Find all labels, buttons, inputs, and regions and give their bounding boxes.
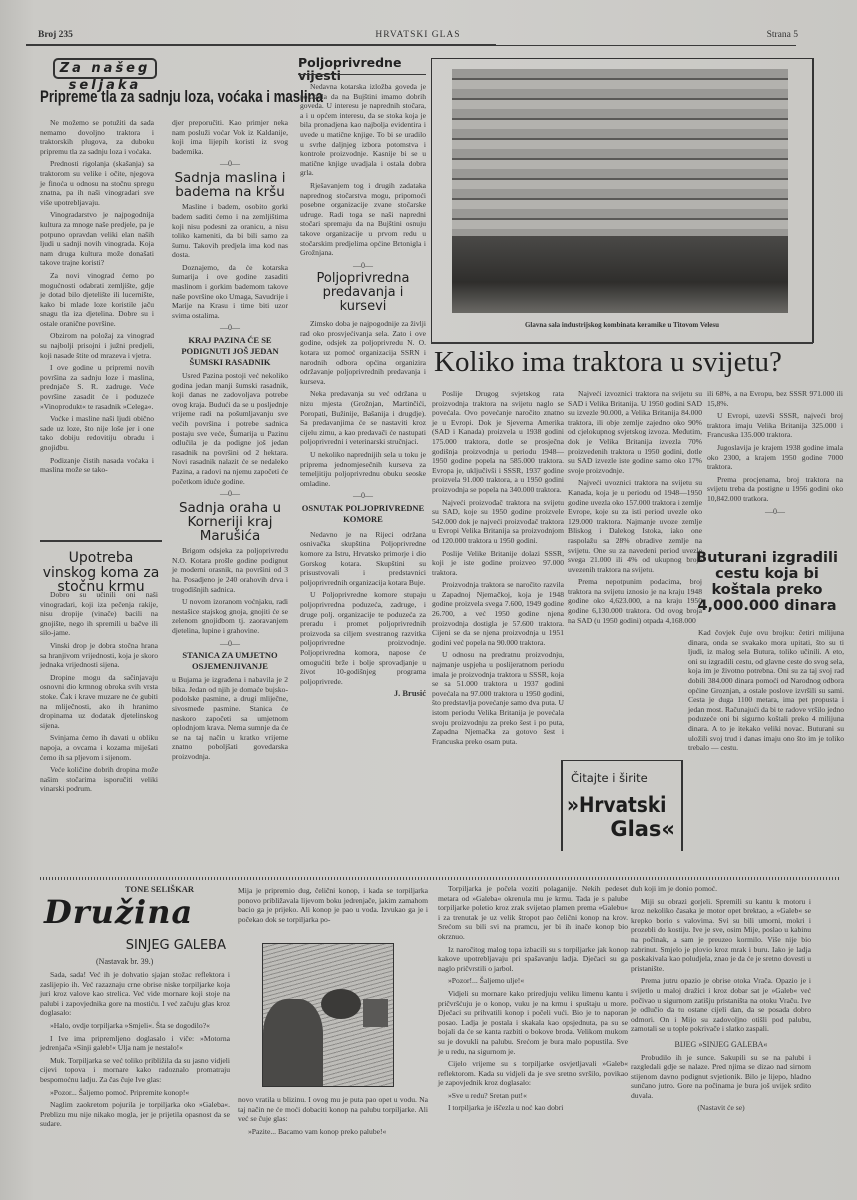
subhead-predavanja: Poljoprivredna predavanja i kursevi (300, 272, 426, 313)
separator: —0— (172, 639, 288, 649)
paragraph: I Ive ima pripremljeno doglasalo i viče:… (40, 1034, 230, 1053)
header-rule-right (496, 45, 796, 46)
paragraph: Probudilo ih je sunce. Sakupili su se na… (631, 1053, 811, 1101)
tractors-col-c: ili 68%, a na Evropu, bez SSSR 971.000 i… (707, 389, 843, 518)
tractors-col-b: Najveći izvoznici traktora na svijetu su… (568, 389, 702, 628)
paragraph: Muk. Torpiljarka se već toliko približil… (40, 1056, 230, 1085)
subhead-osnutak-komore: OSNUTAK POLJOPRIVREDNE KOMORE (300, 503, 426, 525)
paragraph: Masline i badem, osobito gorki badem sad… (172, 202, 288, 260)
photo-frame: Glavna sala industrijskog kombinata kera… (431, 58, 814, 343)
subhead-stanica: STANICA ZA UMJETNO OSJEMENJIVANJE (172, 650, 288, 672)
serial-col2-bottom: novo vratila u blizinu. I ovog mu je put… (238, 1095, 428, 1139)
subhead-sadnja-maslina: Sadnja maslina i badema na kršu (172, 171, 288, 199)
promo-box: Čitajte i širite »Hrvatski Glas« (561, 760, 683, 851)
paragraph: Zimsko doba je najpogodnije za življi ra… (300, 319, 426, 386)
paragraph: Prema nepotpunim podacima, broj traktora… (568, 577, 702, 625)
article-upotreba-body: Dobro su učinili oni naši vinogradari, k… (40, 590, 158, 797)
illustration-ship (363, 999, 388, 1027)
paragraph: U Evropi, uzevši SSSR, najveći broj trak… (707, 411, 843, 440)
paragraph: Nedavno je na Rijeci održana osnivačka s… (300, 530, 426, 588)
article-col2: djer preporučiti. Kao primjer neka nam p… (172, 118, 288, 765)
paragraph: Voćke i masline naši ljudi obično sade u… (40, 414, 154, 452)
masthead: HRVATSKI GLAS (38, 30, 798, 40)
paragraph: Naglim zaokretom pojurila je torpiljarka… (40, 1100, 230, 1129)
paragraph: Prednosti rigolanja (skašanja) sa trakto… (40, 159, 154, 207)
serial-col4: duh koji im je donio pomoć. Miji su obra… (631, 884, 811, 1113)
photo-hall-floor (452, 236, 788, 313)
section-divider (40, 540, 162, 542)
serial-col3: Torpiljarka je počela voziti polaganije.… (438, 884, 628, 1116)
illustration-figure-head (321, 989, 361, 1019)
paragraph: Sada, sada! Već ih je dohvatio sjajan st… (40, 970, 230, 1018)
article-headline: Pripreme tla za sadnju loza, voćaka i ma… (40, 87, 235, 107)
newspaper-page: Broj 235 HRVATSKI GLAS Strana 5 Za našeg… (0, 0, 857, 1200)
paragraph: Vidjeli su mornare kako priredjuju velik… (438, 989, 628, 1056)
serial-divider (40, 877, 840, 880)
paragraph: Najveći uvoznici traktora na svijetu su … (568, 478, 702, 574)
paragraph: Proizvodnja traktora se naročito razvila… (432, 580, 564, 647)
separator: —0— (300, 261, 426, 271)
article-title-upotreba: Upotreba vinskog koma za stočnu krmu (40, 551, 162, 595)
paragraph: Prema procjenama, broj traktora na svije… (707, 475, 843, 504)
buturani-body: Kad čovjek čuje ovu brojku: četiri milij… (688, 628, 844, 756)
paragraph: novo vratila u blizinu. I ovog mu je put… (238, 1095, 428, 1124)
paragraph: djer preporučiti. Kao primjer neka nam p… (172, 118, 288, 156)
article-col3: Nedavna kotarska izložba goveda je pokaz… (300, 82, 426, 699)
paragraph: Poslije Velike Britanije dolazi SSSR, ko… (432, 549, 564, 578)
serial-illustration (262, 943, 394, 1087)
paragraph: »Pozor... Šaljemo pomoć. Pripremite kono… (40, 1088, 230, 1098)
paragraph: u Bujama je izgrađena i nabavila je 2 bi… (172, 675, 288, 761)
serial-continued: (Nastavit će se) (631, 1103, 811, 1113)
paragraph: Nedavna kotarska izložba goveda je pokaz… (300, 82, 426, 178)
illustration-figure-left (263, 999, 323, 1086)
paragraph: Jugoslavija je krajem 1938 godine imala … (707, 443, 843, 472)
paragraph: Najveći izvoznici traktora na svijetu su… (568, 389, 702, 475)
paragraph: ili 68%, a na Evropu, bez SSSR 971.000 i… (707, 389, 843, 408)
paragraph: Cijelo vrijeme su s torpiljarke osvjetlj… (438, 1059, 628, 1088)
paragraph: Poslije Drugog svjetskog rata proizvodnj… (432, 389, 564, 495)
photo-ceiling-beams (452, 69, 788, 236)
paragraph: Doznajemo, da će kotarska šumarija i ove… (172, 263, 288, 321)
paragraph: Svinjama ćemo ih davati u obliku napoja,… (40, 733, 158, 762)
promo-line2: »Hrvatski (567, 793, 667, 817)
author-byline: J. Brusić (300, 689, 426, 699)
paragraph: U nekoliko naprednijih sela u toku je pr… (300, 450, 426, 488)
paragraph: Dobro su učinili oni naši vinogradari, k… (40, 590, 158, 638)
separator: —0— (172, 489, 288, 499)
serial-title: Družina (44, 893, 193, 931)
title-underline (298, 74, 426, 75)
paragraph: Ne možemo se potužiti da sada nemamo dov… (40, 118, 154, 156)
paragraph: U Poljoprivredne komore stupaju poljopri… (300, 590, 426, 686)
buturani-headline: Buturani izgradili cestu koja bi koštala… (688, 551, 846, 615)
header-rule-left (26, 44, 496, 46)
photo-caption: Glavna sala industrijskog kombinata kera… (432, 321, 812, 329)
page-header: Broj 235 HRVATSKI GLAS Strana 5 (38, 26, 798, 44)
paragraph: Mija je pripremio dug, čelični konop, i … (238, 886, 428, 924)
section-kicker: Za našeg seljaka (53, 58, 157, 79)
page-number: Strana 5 (767, 30, 798, 40)
paragraph: Obzirom na položaj za vinograd su najbol… (40, 331, 154, 360)
serial-col2-top: Mija je pripremio dug, čelični konop, i … (238, 886, 428, 927)
promo-line1: Čitajte i širite (571, 771, 681, 785)
separator: —0— (172, 323, 288, 333)
serial-subhead: BIJEG »SINJEG GALEBA« (631, 1040, 811, 1050)
article-col1: Ne možemo se potužiti da sada nemamo dov… (40, 118, 154, 478)
separator: —0— (300, 491, 426, 501)
serial-col1: Sada, sada! Već ih je dohvatio sjajan st… (40, 970, 230, 1132)
paragraph: Prema jutru opazio je obrise otoka Vrača… (631, 976, 811, 1034)
paragraph: Veće količine dobrih dropina može našim … (40, 765, 158, 794)
subhead-kraj-pazina: KRAJ PAZINA ĆE SE PODIGNUTI JOŠ JEDAN ŠU… (172, 335, 288, 368)
paragraph: »Halo, ovdje torpiljarka »Smjeli«. Šta s… (40, 1021, 230, 1031)
paragraph: Torpiljarka je počela voziti polaganije.… (438, 884, 628, 942)
serial-subtitle: SINJEG GALEBA (110, 938, 226, 953)
paragraph: Iz naročitog malog topa izbacili su s to… (438, 945, 628, 974)
separator: —0— (707, 507, 843, 517)
promo-line3: Glas« (563, 817, 675, 841)
paragraph: Usred Pazina postoji već nekoliko godina… (172, 371, 288, 486)
section-title-vijesti: Poljoprivredne vijesti (298, 56, 426, 82)
paragraph: Brigom odsjeka za poljoprivredu N.O. Kot… (172, 546, 288, 594)
paragraph: Za novi vinograd ćemo po mogućnosti odab… (40, 271, 154, 329)
paragraph: I torpiljarka je iščezla u noć kao dobri (438, 1103, 628, 1113)
paragraph: U odnosu na predratnu proizvodnju, najma… (432, 650, 564, 746)
tractors-col-a: Poslije Drugog svjetskog rata proizvodnj… (432, 389, 564, 749)
separator: —0— (172, 159, 288, 169)
paragraph: Dropine mogu da sačinjavaju osnovni dio … (40, 673, 158, 731)
serial-installment: (Nastavak br. 39.) (96, 957, 153, 966)
paragraph: Vinogradarstvo je najpogodnija kultura z… (40, 210, 154, 268)
paragraph: Miji su obrazi gorjeli. Spremili su kant… (631, 897, 811, 974)
paragraph: »Sve u redu? Sretan put!« (438, 1091, 628, 1101)
paragraph: »Pozor!... Šaljemo ulje!« (438, 976, 628, 986)
paragraph: U novom izoranom voćnjaku, radi nestašic… (172, 597, 288, 635)
paragraph: Rješavanjem tog i drugih zadataka napred… (300, 181, 426, 258)
paragraph: »Pazite... Bacamo vam konop preko palube… (238, 1127, 428, 1137)
paragraph: I ove godine u pripremi novih površina z… (40, 363, 154, 411)
subhead-sadnja-oraha: Sadnja oraha u Korneriji kraj Marušića (172, 501, 288, 544)
photo-bottom-rule (431, 342, 813, 344)
paragraph: Kad čovjek čuje ovu brojku: četiri milij… (688, 628, 844, 753)
tractors-headline: Koliko ima traktora u svijetu? (434, 346, 854, 379)
paragraph: Neka predavanja su već održana u nizu mj… (300, 389, 426, 447)
paragraph: Najveći proizvođač traktora na svijetu s… (432, 498, 564, 546)
paragraph: Podizanje čistih nasada voćaka i maslina… (40, 456, 154, 475)
paragraph: duh koji im je donio pomoć. (631, 884, 811, 894)
paragraph: Vinski drop je dobra stočna hrana sa hra… (40, 641, 158, 670)
